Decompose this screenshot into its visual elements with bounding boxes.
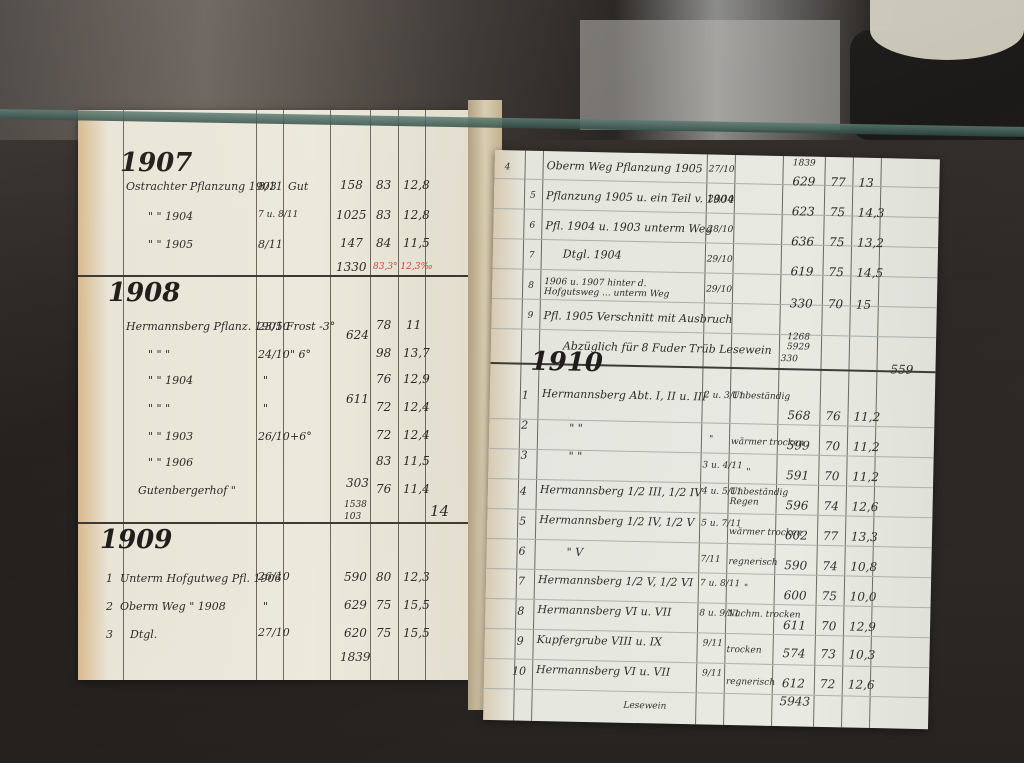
entry-site: " " 1903 <box>148 430 193 443</box>
entry-deg: 84 <box>376 236 391 250</box>
entry-site: " " 1905 <box>148 238 193 251</box>
entry-qty: 590 <box>344 570 367 584</box>
entry-note: Frost -3° <box>286 320 335 333</box>
entry-deg: 70 <box>824 469 840 483</box>
entry-date: 23/10 <box>258 320 290 333</box>
entry-number: 4 <box>505 162 511 172</box>
year-heading-1909: 1909 <box>100 525 172 555</box>
entry-weather-note: regnerisch <box>728 557 777 568</box>
entry-date: 28/10 <box>707 224 733 235</box>
entry-weather-note: Unbeständig <box>732 391 790 402</box>
section-deduction: 103 <box>344 512 361 522</box>
entry-deg: 75 <box>822 589 838 603</box>
entry-date: 29/10 <box>707 254 733 265</box>
entry-acid: 15,5 <box>403 626 430 640</box>
entry-site: Hermannsberg 1/2 V, 1/2 VI <box>538 573 693 589</box>
entry-weather-note: trocken <box>726 645 761 656</box>
entry-acid: 12,4 <box>403 400 430 414</box>
entry-date: 8/11 <box>258 180 283 193</box>
entry-qty: 611 <box>783 618 806 632</box>
entry-deg: 80 <box>376 570 391 584</box>
section-total: 5943 <box>779 694 810 709</box>
entry-acid: 12,6 <box>851 500 878 515</box>
entry-weather-note: Unbeständig Regen <box>730 487 776 508</box>
entry-acid: 13,3 <box>851 530 878 545</box>
entry-site: Pfl. 1904 u. 1903 unterm Weg <box>545 219 712 235</box>
entry-number: 1 <box>106 572 113 585</box>
entry-acid: 12,8 <box>403 208 430 222</box>
entry-deg: 73 <box>820 647 836 661</box>
entry-acid: 13,7 <box>403 346 430 360</box>
entry-number: 1 <box>522 389 529 402</box>
entry-site: Ostrachter Pflanzung 1903 <box>126 180 277 193</box>
entry-site: Gutenbergerhof " <box>138 484 236 497</box>
entry-deg: 98 <box>376 346 391 360</box>
entry-number: 6 <box>518 545 525 558</box>
section-side-total: 14 <box>430 502 449 520</box>
entry-site: " " <box>568 450 582 463</box>
entry-deg: 83 <box>376 178 391 192</box>
footer-label: Lesewein <box>623 701 666 712</box>
year-heading-1907: 1907 <box>120 148 192 178</box>
entry-qty: 611 <box>346 392 369 406</box>
entry-qty: 596 <box>785 498 808 512</box>
entry-date: " <box>709 435 713 445</box>
entry-note: +6° <box>290 430 312 443</box>
entry-acid: 11,2 <box>852 470 879 485</box>
entry-deg: 72 <box>376 428 391 442</box>
entry-qty: 147 <box>340 236 363 250</box>
entry-deg: 74 <box>822 559 838 573</box>
entry-qty: 624 <box>346 328 369 342</box>
entry-site: Pfl. 1905 Verschnitt mit Ausbruch <box>543 309 732 326</box>
entry-date: 8/11 <box>258 238 283 251</box>
entry-date: 7 u. 8/11 <box>258 210 298 220</box>
entry-deg: 76 <box>825 409 841 423</box>
entry-deg: 72 <box>820 677 836 691</box>
entry-qty: 599 <box>787 438 810 452</box>
entry-qty: 303 <box>346 476 369 490</box>
year-heading-1910: 1910 <box>530 347 603 379</box>
entry-number: 8 <box>517 605 524 618</box>
entry-acid: 11,5 <box>403 454 430 468</box>
entry-site: " " 1904 <box>148 374 193 387</box>
entry-deg: 70 <box>825 439 841 453</box>
entry-site: Dtgl. 1904 <box>563 247 622 261</box>
entry-qty: 590 <box>784 558 807 572</box>
entry-acid: 12,9 <box>403 372 430 386</box>
entry-date: 27/10 <box>258 626 290 639</box>
entry-date: 7/11 <box>700 554 720 564</box>
entry-deg: 75 <box>376 598 391 612</box>
entry-date: 9/11 <box>702 668 722 678</box>
red-annotation: 83,3° 12,3‰ <box>373 262 433 272</box>
entry-number: 2 <box>521 419 528 432</box>
entry-acid: 11,2 <box>853 410 880 425</box>
entry-site: " V <box>566 546 583 559</box>
entry-acid: 15 <box>856 298 872 312</box>
summary-deduction: 330 <box>781 354 798 364</box>
entry-site: " " 1904 <box>148 210 193 223</box>
entry-number: 5 <box>519 515 526 528</box>
entry-qty: 620 <box>344 626 367 640</box>
entry-deg: 76 <box>376 372 391 386</box>
entry-site: Pflanzung 1905 u. ein Teil v. 1904 <box>546 189 735 206</box>
section-total: 1839 <box>340 650 371 664</box>
entry-site: Oberm Weg Pflanzung 1905 <box>547 159 703 175</box>
entry-number: 9 <box>527 311 533 321</box>
entry-deg: 77 <box>823 529 839 543</box>
entry-qty: 330 <box>790 296 813 310</box>
summary-sum: 5929 <box>787 342 810 352</box>
entry-site: Dtgl. <box>130 628 157 641</box>
entry-weather-note: " <box>746 467 750 477</box>
entry-number: 9 <box>517 635 524 648</box>
entry-acid: 12,6 <box>848 678 875 693</box>
entry-acid: 12,3 <box>403 570 430 584</box>
entry-deg: 75 <box>376 626 391 640</box>
entry-date: " <box>263 374 268 387</box>
entry-site: Kupfergrube VIII u. IX <box>537 633 662 649</box>
entry-note: Gut <box>288 180 308 193</box>
entry-date: " <box>263 402 268 415</box>
entry-site: " " <box>569 422 583 435</box>
summary-subtotal: 1268 <box>787 332 810 342</box>
entry-acid: 12,8 <box>403 178 430 192</box>
entry-weather-note: regnerisch <box>726 677 775 688</box>
entry-qty: 636 <box>791 234 814 248</box>
entry-note: " 6° <box>290 348 311 361</box>
entry-number: 6 <box>529 221 535 231</box>
entry-number: 8 <box>528 281 534 291</box>
entry-site: Oberm Weg " 1908 <box>120 600 226 613</box>
entry-acid: 10,0 <box>850 590 877 605</box>
entry-date: 9/11 <box>703 638 723 648</box>
entry-site: Hermannsberg 1/2 III, 1/2 IV <box>540 483 702 499</box>
entry-number: 10 <box>512 664 526 677</box>
entry-number: 4 <box>520 485 527 498</box>
entry-site: Hermannsberg VI u. VII <box>536 663 670 679</box>
entry-date: 26/10 <box>258 570 290 583</box>
entry-acid: 10,8 <box>850 560 877 575</box>
section-subtotal: 1538 <box>344 500 367 510</box>
entry-qty: 568 <box>787 408 810 422</box>
entry-site: " " 1906 <box>148 456 193 469</box>
entry-qty: 619 <box>790 264 813 278</box>
entry-acid: 14,3 <box>858 206 885 221</box>
entry-acid: 11,4 <box>403 482 430 496</box>
entry-number: 3 <box>106 628 113 641</box>
entry-qty: 612 <box>782 676 805 690</box>
year-heading-1908: 1908 <box>108 278 180 308</box>
background-paper <box>580 20 840 130</box>
entry-date: " <box>263 600 268 613</box>
entry-site: " " " <box>148 402 170 415</box>
entry-deg: 75 <box>829 235 845 249</box>
entry-qty: 602 <box>785 528 808 542</box>
ledger-left-page: 1907 Ostrachter Pflanzung 1903 8/11 Gut … <box>78 110 470 680</box>
entry-qty: 623 <box>792 204 815 218</box>
entry-qty: 629 <box>792 174 815 188</box>
entry-number: 2 <box>106 600 113 613</box>
entry-deg: 83 <box>376 454 391 468</box>
entry-qty: 600 <box>784 588 807 602</box>
entry-date: 27/10 <box>709 164 735 175</box>
entry-acid: 15,5 <box>403 598 430 612</box>
entry-deg: 77 <box>830 175 846 189</box>
background-jar-lid <box>870 0 1024 60</box>
entry-acid: 12,4 <box>403 428 430 442</box>
entry-site: Hermannsberg Abt. I, II u. III <box>542 387 707 403</box>
entry-acid: 12,9 <box>849 620 876 635</box>
entry-acid: 11,5 <box>403 236 430 250</box>
entry-date: 3 u. 4/11 <box>702 460 743 471</box>
entry-acid: 14,5 <box>856 266 883 281</box>
entry-date: 29/10 <box>706 284 732 295</box>
entry-number: 7 <box>529 251 535 261</box>
entry-qty: 591 <box>786 468 809 482</box>
entry-deg: 75 <box>830 205 846 219</box>
entry-site: " " " <box>148 348 170 361</box>
entry-deg: 78 <box>376 318 391 332</box>
entry-deg: 75 <box>828 265 844 279</box>
entry-acid: 13 <box>858 176 874 190</box>
entry-number: 3 <box>520 449 527 462</box>
entry-qty: 1025 <box>336 208 367 222</box>
entry-qty: 158 <box>340 178 363 192</box>
entry-number: 5 <box>530 191 536 201</box>
entry-site: Hermannsberg 1/2 IV, 1/2 V <box>539 513 694 529</box>
entry-acid: 13,2 <box>857 236 884 251</box>
entry-qty: 629 <box>344 598 367 612</box>
entry-qty: 574 <box>782 646 805 660</box>
entry-weather-note: " <box>744 583 748 593</box>
entry-date: 26/10 <box>258 430 290 443</box>
entry-deg: 72 <box>376 400 391 414</box>
ledger-right-page: 1839 4 Oberm Weg Pflanzung 1905 27/10 62… <box>483 150 940 729</box>
entry-acid: 11 <box>406 318 421 332</box>
entry-site: Hermannsberg VI u. VII <box>537 603 671 619</box>
entry-site: 1906 u. 1907 hinter d. Hofgutsweg ... un… <box>544 277 699 300</box>
entry-deg: 74 <box>823 499 839 513</box>
entry-deg: 70 <box>821 619 837 633</box>
entry-date: 24/10 <box>258 348 290 361</box>
entry-date: 7 u. 8/11 <box>700 578 741 589</box>
entry-acid: 11,2 <box>853 440 880 455</box>
entry-date: 28/10 <box>708 194 734 205</box>
entry-deg: 70 <box>828 297 844 311</box>
entry-number: 7 <box>518 575 525 588</box>
entry-acid: 10,3 <box>848 648 875 663</box>
section-total: 1330 <box>336 260 367 274</box>
entry-deg: 83 <box>376 208 391 222</box>
carried-total: 1839 <box>793 158 816 168</box>
entry-deg: 76 <box>376 482 391 496</box>
